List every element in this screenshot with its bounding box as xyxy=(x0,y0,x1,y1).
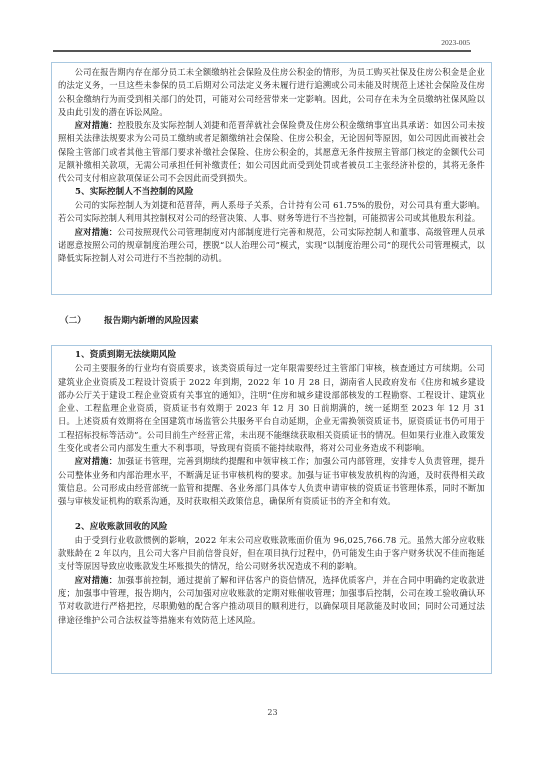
document-code: 2023-005 xyxy=(441,38,470,47)
page-number: 23 xyxy=(0,708,545,717)
qualification-risk-heading: 1、资质到期无法续期风险 xyxy=(58,349,485,362)
controller-risk-paragraph: 公司的实际控制人为刘捷和范晋萍，两人系母子关系，合计持有公司 61.75%的股份… xyxy=(58,199,485,226)
risk-box-existing: 公司在报告期内存在部分员工未全额缴纳社会保险及住房公积金的情形，为员工购买社保及… xyxy=(51,62,492,295)
spacer xyxy=(58,509,485,521)
measure-label: 应对措施： xyxy=(75,456,118,466)
qualification-risk-paragraph: 公司主要服务的行业均有资质要求，该类资质每过一定年限需要经过主管部门审核，核查通… xyxy=(58,362,485,455)
receivables-risk-paragraph: 由于受到行业收款惯例的影响，2022 年末公司应收账款账面价值为 96,025,… xyxy=(58,534,485,574)
measure-text: 加强证书管理，完善到期续约提醒和申领审核工作；加强公司内部管理，安排专人负责管理… xyxy=(58,456,485,506)
measure-label: 应对措施： xyxy=(75,120,118,130)
section-number: （二） xyxy=(60,314,104,326)
social-insurance-measure-paragraph: 应对措施：控股股东及实际控制人刘捷和范晋萍就社会保险费及住房公积金缴纳事宜出具承… xyxy=(58,119,485,185)
header-rule xyxy=(53,50,471,52)
controller-risk-heading: 5、实际控制人不当控制的风险 xyxy=(58,186,485,199)
qualification-measure-paragraph: 应对措施：加强证书管理，完善到期续约提醒和申领审核工作；加强公司内部管理，安排专… xyxy=(58,455,485,508)
measure-label: 应对措施： xyxy=(75,575,118,585)
section-heading: （二）报告期内新增的风险因素 xyxy=(60,314,199,326)
section-title: 报告期内新增的风险因素 xyxy=(104,316,199,326)
controller-measure-paragraph: 应对措施：公司按照现代公司管理制度对内部制度进行完善和规范，公司实际控制人和董事… xyxy=(58,226,485,266)
measure-text: 控股股东及实际控制人刘捷和范晋萍就社会保险费及住房公积金缴纳事宜出具承诺：如因公… xyxy=(58,120,485,183)
measure-text: 加强事前控制，通过提前了解和评估客户的资信情况，选择优质客户，并在合同中明确约定… xyxy=(58,575,485,625)
measure-label: 应对措施： xyxy=(75,227,118,237)
receivables-risk-heading: 2、应收账款回收的风险 xyxy=(58,521,485,534)
receivables-measure-paragraph: 应对措施：加强事前控制，通过提前了解和评估客户的资信情况，选择优质客户，并在合同… xyxy=(58,574,485,627)
risk-box-new: 1、资质到期无法续期风险 公司主要服务的行业均有资质要求，该类资质每过一定年限需… xyxy=(51,345,492,674)
social-insurance-risk-paragraph: 公司在报告期内存在部分员工未全额缴纳社会保险及住房公积金的情形，为员工购买社保及… xyxy=(58,66,485,119)
measure-text: 公司按照现代公司管理制度对内部制度进行完善和规范，公司实际控制人和董事、高级管理… xyxy=(58,227,485,264)
